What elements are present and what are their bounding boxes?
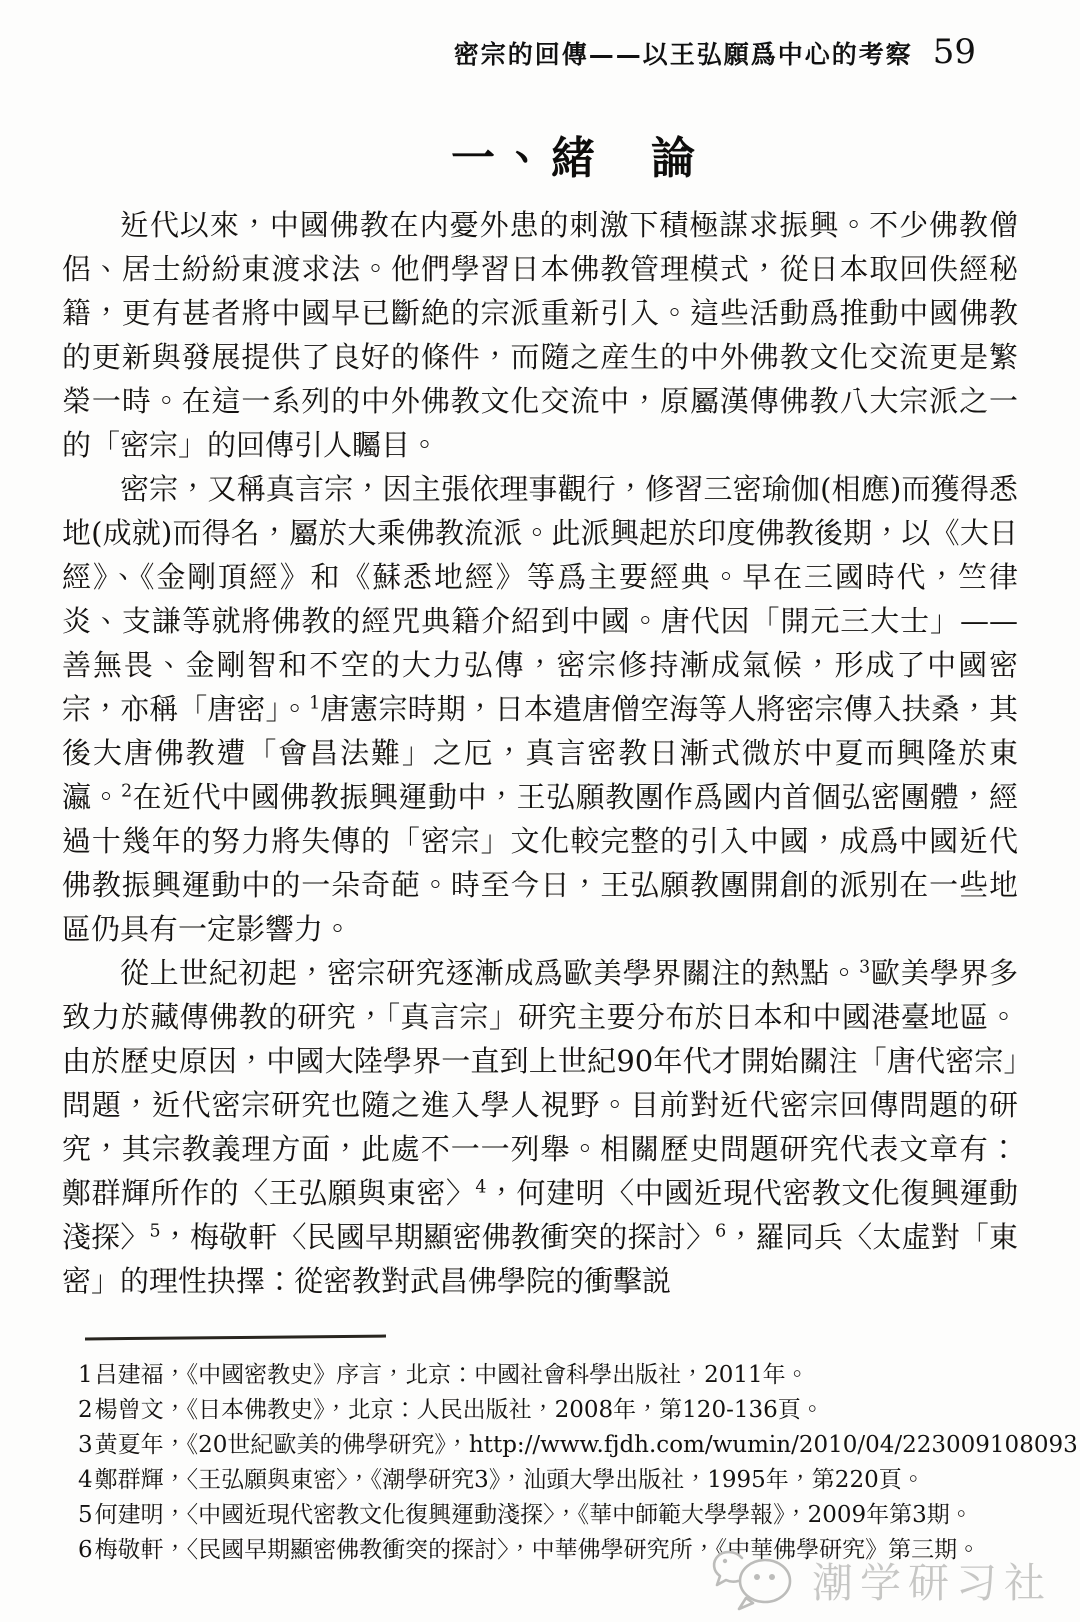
footnote-text: 黄夏年，《20世紀歐美的佛學研究》，http://www.fjdh.com/wu… xyxy=(95,1432,1080,1458)
footnote-ref: 3 xyxy=(859,957,870,977)
body-paragraph: 近代以來，中國佛教在内憂外患的刺激下積極謀求振興。不少佛教僧侶、居士紛紛東渡求法… xyxy=(62,203,1018,467)
speech-bubbles-icon xyxy=(708,1542,808,1616)
running-title: 密宗的回傳——以王弘願爲中心的考察 xyxy=(454,35,913,71)
footnote-number: 2 xyxy=(78,1397,93,1423)
footnote: 3黄夏年，《20世紀歐美的佛學研究》，http://www.fjdh.com/w… xyxy=(78,1428,1025,1463)
footnote-number: 3 xyxy=(78,1432,93,1458)
scanned-page: 密宗的回傳——以王弘願爲中心的考察 59 一、緒 論 近代以來，中國佛教在内憂外… xyxy=(0,0,1080,1622)
watermark-text: 潮学研习社 xyxy=(812,1550,1052,1609)
footnotes: 1吕建福，《中國密教史》序言，北京：中國社會科學出版社，2011年。2楊曾文，《… xyxy=(78,1358,1025,1568)
footnote-number: 6 xyxy=(78,1537,93,1563)
footnote-ref: 4 xyxy=(475,1177,486,1197)
body-paragraph: 從上世紀初起，密宗研究逐漸成爲歐美學界關注的熱點。3歐美學界多致力於藏傳佛教的研… xyxy=(62,951,1018,1303)
body-paragraph: 密宗，又稱真言宗，因主張依理事觀行，修習三密瑜伽(相應)而獲得悉地(成就)而得名… xyxy=(62,467,1018,951)
footnote-ref: 2 xyxy=(121,781,132,801)
footnote: 5何建明，〈中國近現代密教文化復興運動淺探〉，《華中師範大學學報》，2009年第… xyxy=(78,1498,1025,1533)
page-number: 59 xyxy=(933,32,976,72)
footnote: 4鄭群輝，〈王弘願與東密〉，《潮學研究3》，汕頭大學出版社，1995年，第220… xyxy=(78,1463,1025,1498)
footnote-ref: 6 xyxy=(715,1221,726,1241)
running-header: 密宗的回傳——以王弘願爲中心的考察 59 xyxy=(0,32,976,72)
body-text: 近代以來，中國佛教在内憂外患的刺激下積極謀求振興。不少佛教僧侶、居士紛紛東渡求法… xyxy=(62,203,1018,1303)
footnote-text: 楊曾文，《日本佛教史》，北京：人民出版社，2008年，第120-136頁。 xyxy=(95,1397,824,1423)
footnote-text: 何建明，〈中國近現代密教文化復興運動淺探〉，《華中師範大學學報》，2009年第3… xyxy=(95,1502,973,1528)
footnote-number: 5 xyxy=(78,1502,93,1528)
footnote-number: 1 xyxy=(78,1362,93,1388)
footnote-text: 鄭群輝，〈王弘願與東密〉，《潮學研究3》，汕頭大學出版社，1995年，第220頁… xyxy=(95,1467,925,1493)
section-title: 一、緒 論 xyxy=(36,122,1080,186)
footnote-ref: 5 xyxy=(150,1221,161,1241)
footnote: 1吕建福，《中國密教史》序言，北京：中國社會科學出版社，2011年。 xyxy=(78,1358,1025,1393)
footnote-ref: 1 xyxy=(309,693,320,713)
footnote-separator xyxy=(85,1335,386,1341)
footnote: 2楊曾文，《日本佛教史》，北京：人民出版社，2008年，第120-136頁。 xyxy=(78,1393,1025,1428)
footnote-number: 4 xyxy=(78,1467,93,1493)
footnote-text: 吕建福，《中國密教史》序言，北京：中國社會科學出版社，2011年。 xyxy=(95,1362,809,1388)
watermark: 潮学研习社 xyxy=(708,1542,1052,1616)
